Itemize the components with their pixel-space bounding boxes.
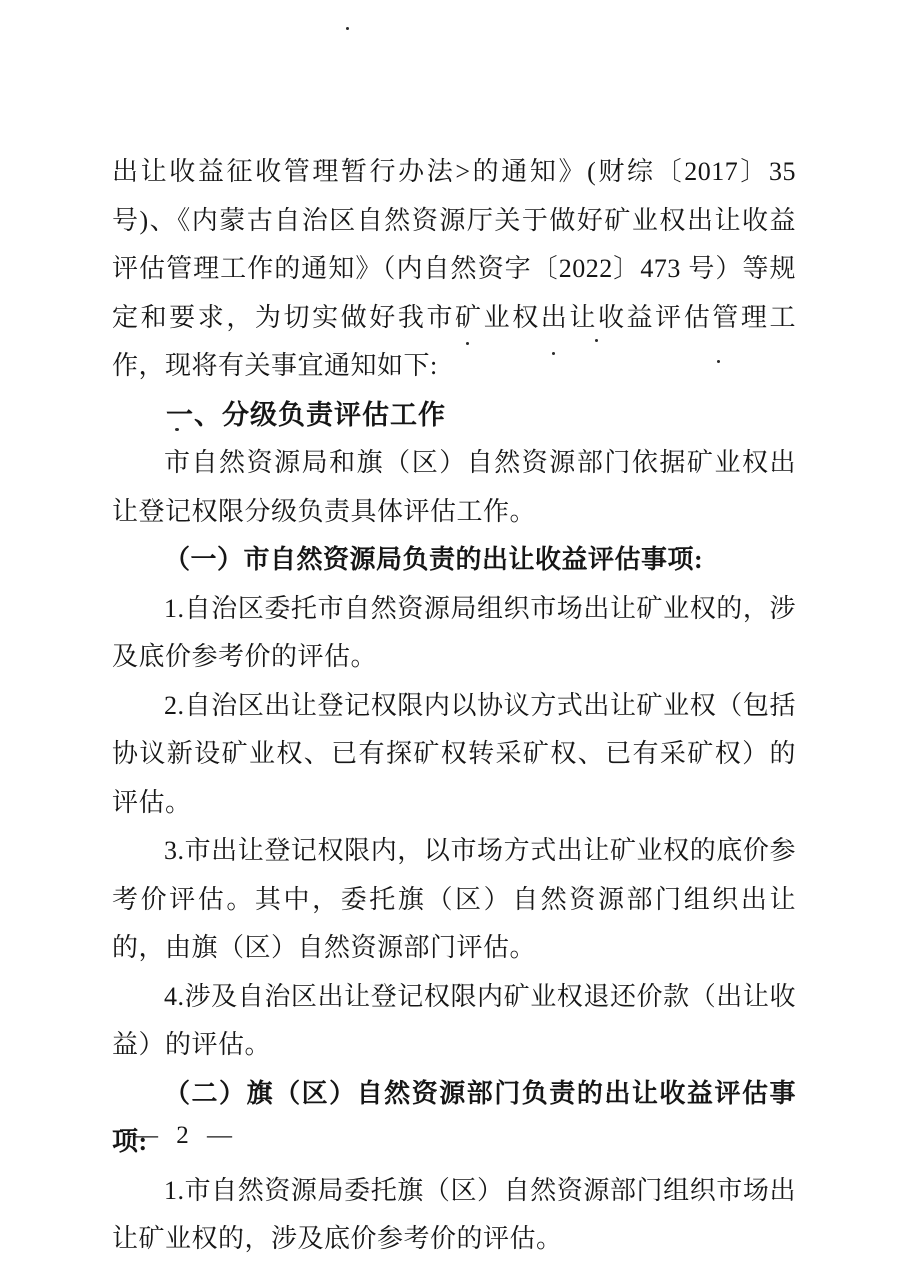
list-item-4: 4.涉及自治区出让登记权限内矿业权退还价款（出让收益）的评估。 — [112, 973, 796, 1070]
scan-speck — [717, 360, 720, 363]
scanned-document-page: 出让收益征收管理暂行办法>的通知》(财综〔2017〕35 号)、《内蒙古自治区自… — [0, 0, 901, 1286]
scan-speck — [175, 428, 179, 431]
list-item-3: 3.市出让登记权限内，以市场方式出让矿业权的底价参考价评估。其中，委托旗（区）自… — [112, 827, 796, 973]
section-heading-1: 一、分级负责评估工作 — [112, 391, 796, 440]
paragraph-continuation: 出让收益征收管理暂行办法>的通知》(财综〔2017〕35 号)、《内蒙古自治区自… — [112, 148, 796, 391]
subsection-heading-2: （二）旗（区）自然资源部门负责的出让收益评估事项: — [112, 1070, 796, 1167]
list-item-1: 1.自治区委托市自然资源局组织市场出让矿业权的，涉及底价参考价的评估。 — [112, 585, 796, 682]
page-number: — 2 — — [133, 1122, 238, 1150]
list-item-5: 1.市自然资源局委托旗（区）自然资源部门组织市场出让矿业权的，涉及底价参考价的评… — [112, 1167, 796, 1264]
scan-speck — [466, 342, 469, 345]
scan-speck — [552, 352, 555, 355]
document-body: 出让收益征收管理暂行办法>的通知》(财综〔2017〕35 号)、《内蒙古自治区自… — [112, 148, 796, 1264]
scan-speck — [346, 27, 349, 30]
paragraph: 市自然资源局和旗（区）自然资源部门依据矿业权出让登记权限分级负责具体评估工作。 — [112, 439, 796, 536]
subsection-heading-1: （一）市自然资源局负责的出让收益评估事项: — [112, 536, 796, 585]
list-item-2: 2.自治区出让登记权限内以协议方式出让矿业权（包括协议新设矿业权、已有探矿权转采… — [112, 682, 796, 828]
scan-speck — [595, 339, 598, 342]
